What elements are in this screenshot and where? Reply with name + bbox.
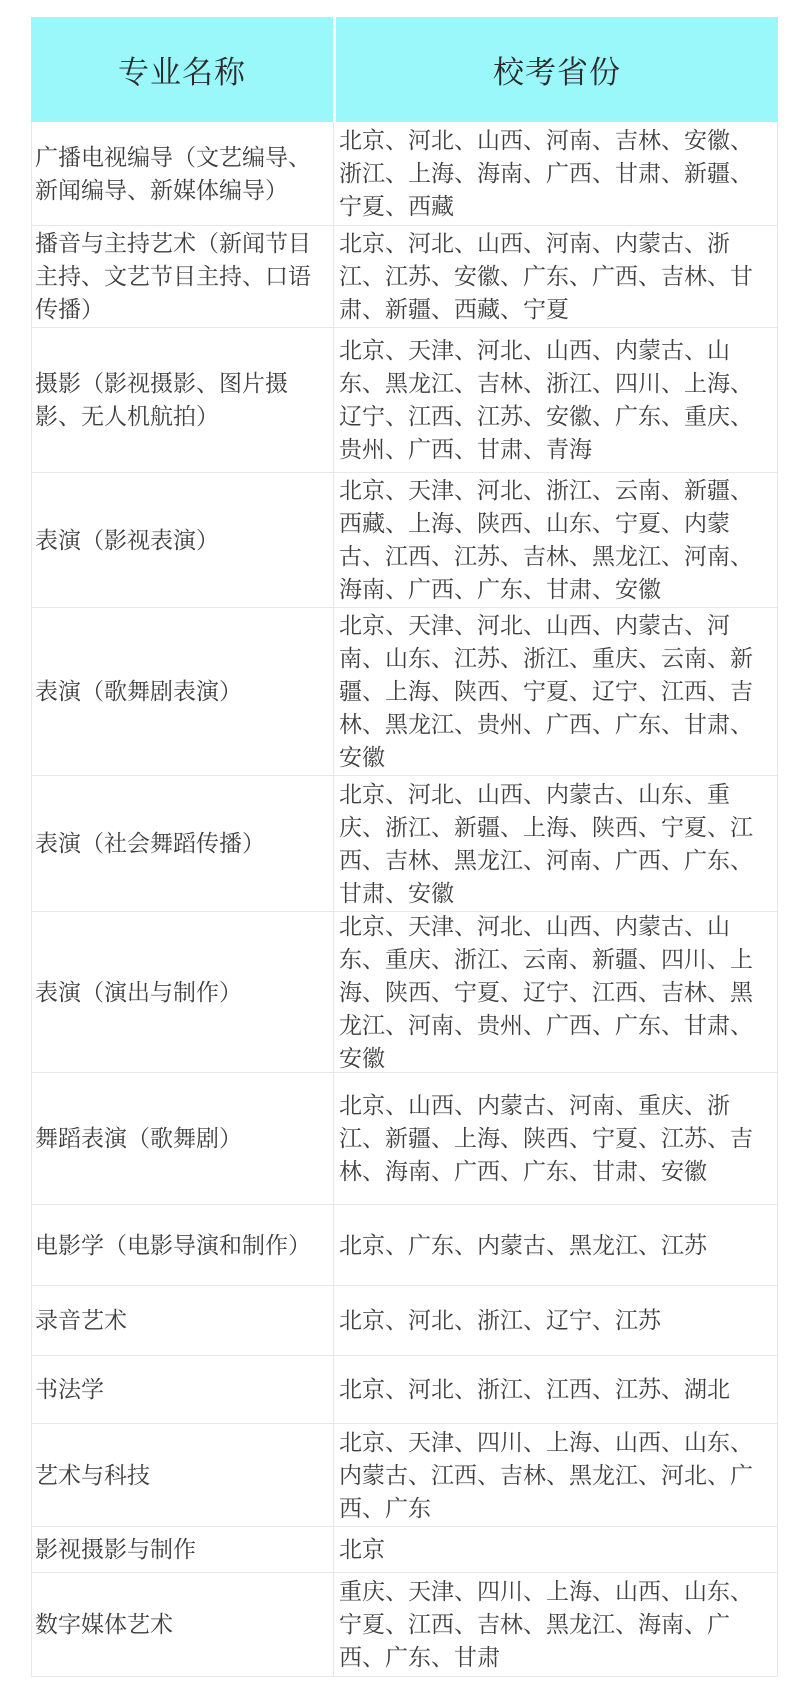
exam-provinces-cell: 北京、天津、河北、浙江、云南、新疆、西藏、上海、陕西、山东、宁夏、内蒙古、江西、… (334, 473, 777, 607)
table-row: 录音艺术北京、河北、浙江、辽宁、江苏 (32, 1286, 777, 1356)
major-name-cell: 数字媒体艺术 (32, 1573, 334, 1676)
exam-provinces-cell: 北京、天津、河北、山西、内蒙古、河南、山东、江苏、浙江、重庆、云南、新疆、上海、… (334, 608, 777, 775)
major-name-cell: 舞蹈表演（歌舞剧） (32, 1073, 334, 1204)
exam-provinces-cell: 北京、山西、内蒙古、河南、重庆、浙江、新疆、上海、陕西、宁夏、江苏、吉林、海南、… (334, 1073, 777, 1204)
exam-provinces-cell: 北京、河北、山西、内蒙古、山东、重庆、浙江、新疆、上海、陕西、宁夏、江西、吉林、… (334, 776, 777, 911)
major-name-cell: 表演（歌舞剧表演） (32, 608, 334, 775)
major-name-cell: 艺术与科技 (32, 1424, 334, 1526)
exam-provinces-cell: 北京、河北、浙江、江西、江苏、湖北 (334, 1356, 777, 1423)
exam-provinces-cell: 北京、天津、四川、上海、山西、山东、内蒙古、江西、吉林、黑龙江、河北、广西、广东 (334, 1424, 777, 1526)
table-row: 广播电视编导（文艺编导、新闻编导、新媒体编导）北京、河北、山西、河南、吉林、安徽… (32, 122, 777, 226)
major-name-cell: 摄影（影视摄影、图片摄影、无人机航拍） (32, 328, 334, 472)
table-row: 表演（演出与制作）北京、天津、河北、山西、内蒙古、山东、重庆、浙江、云南、新疆、… (32, 912, 777, 1073)
exam-provinces-cell: 北京、河北、山西、河南、吉林、安徽、浙江、上海、海南、广西、甘肃、新疆、宁夏、西… (334, 122, 777, 225)
school-exam-provinces-table: 专业名称 校考省份 广播电视编导（文艺编导、新闻编导、新媒体编导）北京、河北、山… (31, 17, 778, 1677)
table-row: 表演（社会舞蹈传播）北京、河北、山西、内蒙古、山东、重庆、浙江、新疆、上海、陕西… (32, 776, 777, 912)
major-name-cell: 播音与主持艺术（新闻节目主持、文艺节目主持、口语传播） (32, 226, 334, 327)
table-header-row: 专业名称 校考省份 (31, 17, 778, 122)
major-name-cell: 表演（影视表演） (32, 473, 334, 607)
table-row: 摄影（影视摄影、图片摄影、无人机航拍）北京、天津、河北、山西、内蒙古、山东、黑龙… (32, 328, 777, 473)
table-row: 艺术与科技北京、天津、四川、上海、山西、山东、内蒙古、江西、吉林、黑龙江、河北、… (32, 1424, 777, 1527)
exam-provinces-cell: 北京、天津、河北、山西、内蒙古、山东、重庆、浙江、云南、新疆、四川、上海、陕西、… (334, 912, 777, 1072)
table-row: 数字媒体艺术重庆、天津、四川、上海、山西、山东、宁夏、江西、吉林、黑龙江、海南、… (32, 1573, 777, 1677)
major-name-cell: 影视摄影与制作 (32, 1527, 334, 1572)
major-name-cell: 书法学 (32, 1356, 334, 1423)
major-name-cell: 录音艺术 (32, 1286, 334, 1355)
exam-provinces-cell: 北京、广东、内蒙古、黑龙江、江苏 (334, 1205, 777, 1285)
major-name-cell: 表演（演出与制作） (32, 912, 334, 1072)
table-row: 播音与主持艺术（新闻节目主持、文艺节目主持、口语传播）北京、河北、山西、河南、内… (32, 226, 777, 328)
exam-provinces-cell: 重庆、天津、四川、上海、山西、山东、宁夏、江西、吉林、黑龙江、海南、广西、广东、… (334, 1573, 777, 1676)
table-row: 表演（歌舞剧表演）北京、天津、河北、山西、内蒙古、河南、山东、江苏、浙江、重庆、… (32, 608, 777, 776)
table-row: 舞蹈表演（歌舞剧）北京、山西、内蒙古、河南、重庆、浙江、新疆、上海、陕西、宁夏、… (32, 1073, 777, 1205)
table-body: 广播电视编导（文艺编导、新闻编导、新媒体编导）北京、河北、山西、河南、吉林、安徽… (31, 122, 778, 1677)
exam-provinces-cell: 北京、河北、山西、河南、内蒙古、浙江、江苏、安徽、广东、广西、吉林、甘肃、新疆、… (334, 226, 777, 327)
exam-provinces-cell: 北京、天津、河北、山西、内蒙古、山东、黑龙江、吉林、浙江、四川、上海、辽宁、江西… (334, 328, 777, 472)
major-name-cell: 表演（社会舞蹈传播） (32, 776, 334, 911)
exam-provinces-cell: 北京 (334, 1527, 777, 1572)
table-row: 书法学北京、河北、浙江、江西、江苏、湖北 (32, 1356, 777, 1424)
header-major-name: 专业名称 (31, 17, 333, 122)
table-row: 表演（影视表演）北京、天津、河北、浙江、云南、新疆、西藏、上海、陕西、山东、宁夏… (32, 473, 777, 608)
major-name-cell: 广播电视编导（文艺编导、新闻编导、新媒体编导） (32, 122, 334, 225)
exam-provinces-cell: 北京、河北、浙江、辽宁、江苏 (334, 1286, 777, 1355)
header-exam-provinces: 校考省份 (336, 17, 778, 122)
major-name-cell: 电影学（电影导演和制作） (32, 1205, 334, 1285)
table-row: 影视摄影与制作北京 (32, 1527, 777, 1573)
table-row: 电影学（电影导演和制作）北京、广东、内蒙古、黑龙江、江苏 (32, 1205, 777, 1286)
